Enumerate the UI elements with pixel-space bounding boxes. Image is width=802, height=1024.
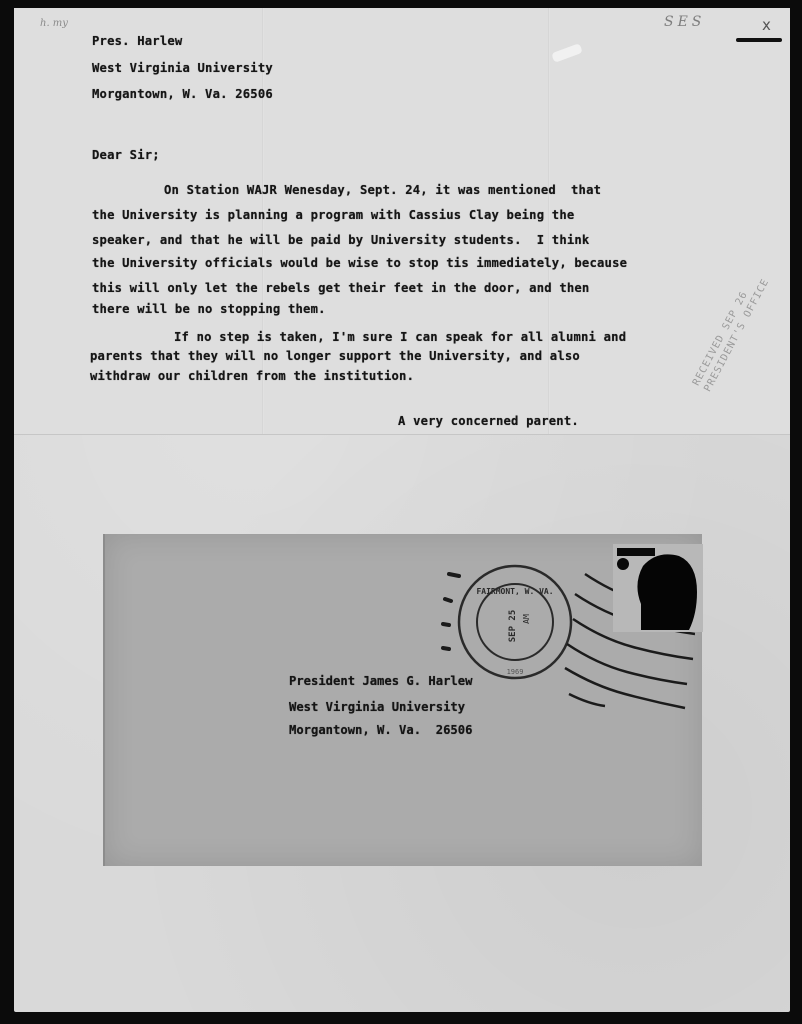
recipient-line: Pres. Harlew: [92, 34, 182, 48]
body-line: withdraw our children from the instituti…: [90, 369, 414, 383]
body-line: speaker, and that he will be paid by Uni…: [92, 233, 589, 247]
body-line: On Station WAJR Wenesday, Sept. 24, it w…: [164, 183, 601, 197]
salutation: Dear Sir;: [92, 148, 160, 162]
body-line: If no step is taken, I'm sure I can spea…: [174, 330, 626, 344]
corner-scribble: h. my: [40, 18, 68, 29]
envelope: FAIRMONT, W. VA. SEP 25 AM 1969 Presiden…: [103, 534, 702, 866]
body-line: parents that they will no longer support…: [90, 349, 580, 363]
signature: A very concerned parent.: [398, 414, 579, 428]
envelope-address-line: West Virginia University: [289, 700, 465, 714]
check-mark-icon: x: [762, 16, 771, 34]
handwritten-initials: SES: [664, 14, 705, 30]
envelope-address-line: President James G. Harlew: [289, 674, 472, 688]
body-line: there will be no stopping them.: [92, 302, 326, 316]
envelope-address-line: Morgantown, W. Va. 26506: [289, 723, 472, 737]
recipient-line: Morgantown, W. Va. 26506: [92, 87, 273, 101]
body-line: this will only let the rebels get their …: [92, 281, 589, 295]
svg-text:1969: 1969: [507, 668, 524, 676]
body-line: the University is planning a program wit…: [92, 208, 574, 222]
recipient-line: West Virginia University: [92, 61, 273, 75]
ink-underline: [736, 38, 782, 42]
svg-text:AM: AM: [522, 614, 531, 624]
body-line: the University officials would be wise t…: [92, 256, 627, 270]
postage-stamp-icon: [613, 544, 703, 632]
svg-text:FAIRMONT, W. VA.: FAIRMONT, W. VA.: [476, 587, 553, 596]
svg-text:SEP 25: SEP 25: [508, 610, 518, 643]
